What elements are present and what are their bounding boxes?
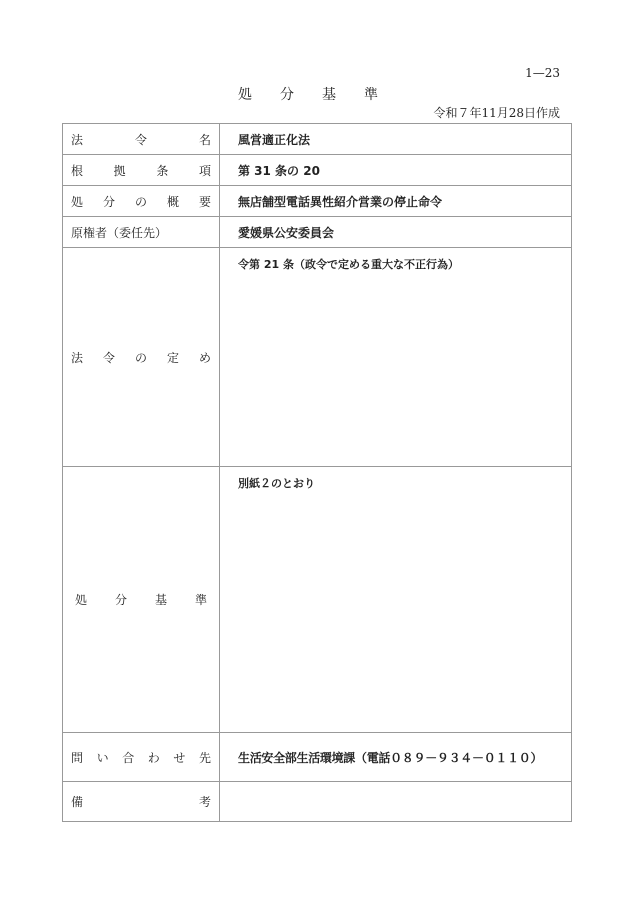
row-label: 備 考 bbox=[63, 782, 220, 822]
label-char: せ bbox=[173, 749, 185, 766]
label-char: 分 bbox=[115, 591, 127, 608]
label-disposition-summary: 処 分 の 概 要 bbox=[71, 193, 211, 210]
label-char: 準 bbox=[195, 591, 207, 608]
table-row-authority: 原権者（委任先） 愛媛県公安委員会 bbox=[63, 217, 572, 248]
label-char: 考 bbox=[199, 793, 211, 810]
label-char: 根 bbox=[71, 162, 83, 179]
document-title: 処分基準 bbox=[0, 84, 630, 104]
label-char: 基 bbox=[155, 591, 167, 608]
remarks-value bbox=[220, 782, 572, 822]
label-char: め bbox=[199, 349, 211, 366]
label-disposition-standard: 処 分 基 準 bbox=[71, 591, 211, 608]
label-char: 法 bbox=[71, 349, 83, 366]
label-char: 備 bbox=[71, 793, 83, 810]
legal-provisions-value: 令第 21 条（政令で定める重大な不正行為） bbox=[220, 248, 572, 467]
disposition-standard-table: 法 令 名 風営適正化法 根 拠 条 項 第 31 条の 20 処 分 の 概 … bbox=[62, 123, 572, 822]
label-char: 拠 bbox=[114, 162, 126, 179]
disposition-summary-value: 無店舗型電話異性紹介営業の停止命令 bbox=[220, 186, 572, 217]
label-char: 定 bbox=[167, 349, 179, 366]
label-legal-basis: 根 拠 条 項 bbox=[71, 162, 211, 179]
label-char: の bbox=[135, 193, 147, 210]
created-date: 令和７年11月28日作成 bbox=[433, 104, 560, 121]
table-row-disposition-summary: 処 分 の 概 要 無店舗型電話異性紹介営業の停止命令 bbox=[63, 186, 572, 217]
row-label: 処 分 基 準 bbox=[63, 467, 220, 733]
table-row-legal-provisions: 法 令 の 定 め 令第 21 条（政令で定める重大な不正行為） bbox=[63, 248, 572, 467]
authority-value: 愛媛県公安委員会 bbox=[220, 217, 572, 248]
label-char: い bbox=[97, 749, 109, 766]
table-row-legal-basis: 根 拠 条 項 第 31 条の 20 bbox=[63, 155, 572, 186]
label-char: 令 bbox=[103, 349, 115, 366]
label-contact: 問 い 合 わ せ 先 bbox=[71, 749, 211, 766]
table-row-remarks: 備 考 bbox=[63, 782, 572, 822]
label-char: 項 bbox=[199, 162, 211, 179]
label-char: 分 bbox=[103, 193, 115, 210]
table-row-contact: 問 い 合 わ せ 先 生活安全部生活環境課（電話０８９－９３４－０１１０） bbox=[63, 733, 572, 782]
label-char: 問 bbox=[71, 749, 83, 766]
label-char: 処 bbox=[71, 193, 83, 210]
label-char: 概 bbox=[167, 193, 179, 210]
label-authority: 原権者（委任先） bbox=[71, 224, 211, 241]
label-law-name: 法 令 名 bbox=[71, 131, 211, 148]
label-char: 令 bbox=[135, 131, 147, 148]
row-label: 問 い 合 わ せ 先 bbox=[63, 733, 220, 782]
label-remarks: 備 考 bbox=[71, 793, 211, 810]
row-label: 原権者（委任先） bbox=[63, 217, 220, 248]
row-label: 法 令 の 定 め bbox=[63, 248, 220, 467]
table-row-disposition-standard: 処 分 基 準 別紙２のとおり bbox=[63, 467, 572, 733]
page-number: 1—23 bbox=[525, 66, 560, 80]
label-char: 法 bbox=[71, 131, 83, 148]
label-char: 合 bbox=[122, 749, 134, 766]
law-name-value: 風営適正化法 bbox=[220, 124, 572, 155]
label-char: 処 bbox=[75, 591, 87, 608]
label-legal-provisions: 法 令 の 定 め bbox=[71, 349, 211, 366]
row-label: 処 分 の 概 要 bbox=[63, 186, 220, 217]
contact-value: 生活安全部生活環境課（電話０８９－９３４－０１１０） bbox=[220, 733, 572, 782]
label-char: 先 bbox=[199, 749, 211, 766]
label-char: の bbox=[135, 349, 147, 366]
label-char: 条 bbox=[156, 162, 168, 179]
table-row-law-name: 法 令 名 風営適正化法 bbox=[63, 124, 572, 155]
label-char: 名 bbox=[199, 131, 211, 148]
legal-basis-value: 第 31 条の 20 bbox=[220, 155, 572, 186]
label-char: 要 bbox=[199, 193, 211, 210]
row-label: 根 拠 条 項 bbox=[63, 155, 220, 186]
row-label: 法 令 名 bbox=[63, 124, 220, 155]
disposition-standard-value: 別紙２のとおり bbox=[220, 467, 572, 733]
label-char: わ bbox=[148, 749, 160, 766]
